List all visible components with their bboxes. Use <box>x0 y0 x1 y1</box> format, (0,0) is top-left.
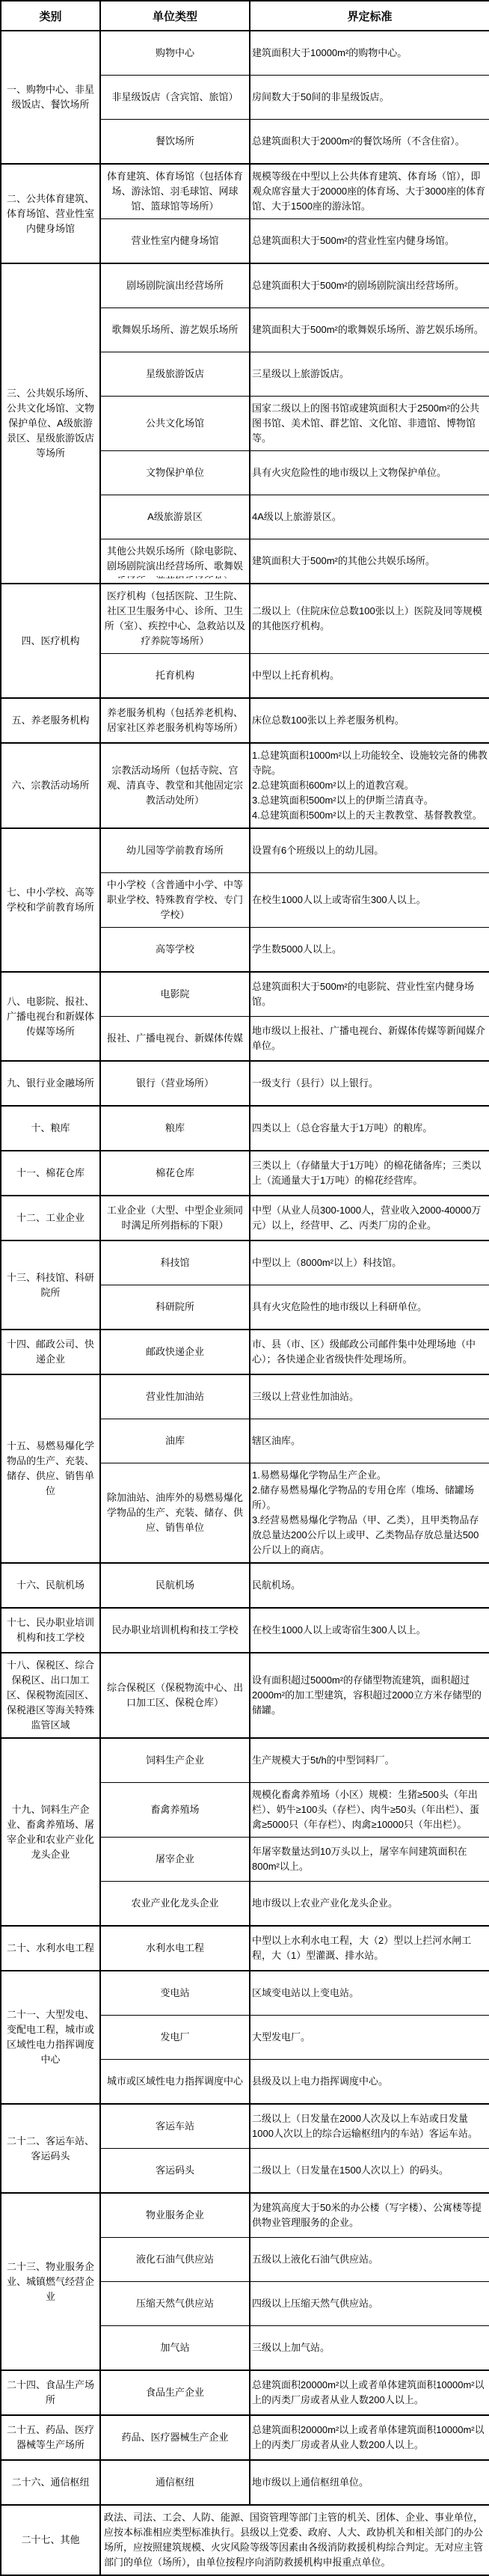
header-criteria: 界定标准 <box>250 1 489 31</box>
unit-type-cell: 中小学校（含普通中小学、中等职业学校、特殊教育学校、专门学校） <box>100 873 250 928</box>
unit-type-text: 发电厂 <box>103 2030 247 2045</box>
unit-type-cell: 高等学校 <box>100 928 250 973</box>
unit-type-text: 变电站 <box>103 1986 247 2001</box>
criteria-text: 二级以上（日发量在1500人次以上）的码头。 <box>250 2149 489 2194</box>
criteria-text: 在校生1000人以上或寄宿生300人以上。 <box>250 873 489 928</box>
unit-type-text: 物业服务企业 <box>103 2208 247 2223</box>
category-label: 一、购物中心、非星级饭店、餐饮场所 <box>1 31 100 164</box>
criteria-text: 在校生1000人以上或寄宿生300人以上。 <box>250 1608 489 1653</box>
category-label: 二十三、物业服务企业、城镇燃气经营企业 <box>1 2193 100 2370</box>
unit-type-text: 油库 <box>103 1434 247 1448</box>
unit-type-cell: 歌舞娱乐场所、游艺娱乐场所 <box>100 308 250 352</box>
unit-type-cell: 民航机场 <box>100 1563 250 1608</box>
unit-type-cell: 城市或区域性电力指挥调度中心 <box>100 2060 250 2105</box>
unit-type-text: 通信枢纽 <box>103 2475 247 2490</box>
category-label: 二十七、其他 <box>1 2505 100 2575</box>
unit-type-cell: 粮库 <box>100 1106 250 1151</box>
unit-type-cell: 非星级饭店（含宾馆、旅馆） <box>100 76 250 120</box>
unit-type-text: 非星级饭店（含宾馆、旅馆） <box>103 90 247 105</box>
table-row: 十四、邮政公司、快递企业邮政快递企业市、县（市、区）级邮政公司邮件集中处理场地（… <box>1 1330 489 1374</box>
unit-type-cell: 农业产业化龙头企业 <box>100 1882 250 1927</box>
unit-type-text: 液化石油气供应站 <box>103 2252 247 2267</box>
category-label: 七、中小学校、高等学校和学前教育场所 <box>1 828 100 972</box>
unit-type-text: 客运码头 <box>103 2163 247 2178</box>
category-label: 二十四、食品生产场所 <box>1 2370 100 2415</box>
unit-type-text: 药品、医疗器械生产企业 <box>103 2430 247 2445</box>
criteria-text: 县级及以上电力指挥调度中心。 <box>250 2060 489 2105</box>
table-row: 二十四、食品生产场所食品生产企业总建筑面积20000m²以上或者单体建筑面积10… <box>1 2370 489 2415</box>
unit-type-cell: 棉花仓库 <box>100 1151 250 1196</box>
unit-type-cell: 发电厂 <box>100 2016 250 2060</box>
criteria-text: 年屠宰数量达到10万头以上，屠宰车间建筑面积在800m²以上。 <box>250 1838 489 1882</box>
criteria-text: 1.总建筑面积1000m²以上功能较全、设施较完备的佛教寺院。 2.总建筑面积6… <box>250 743 489 828</box>
unit-type-cell: 压缩天然气供应站 <box>100 2282 250 2326</box>
criteria-text: 规模等级在中型以上公共体育建筑、体育场（馆），即观众席容量大于20000座的体育… <box>250 164 489 219</box>
criteria-text: 四级以上压缩天然气供应站。 <box>250 2282 489 2326</box>
criteria-text: 总建筑面积大于500m²的电影院、营业性室内健身场馆。 <box>250 972 489 1017</box>
criteria-text: 地市级以上通信枢纽单位。 <box>250 2460 489 2505</box>
unit-type-text: 食品生产企业 <box>103 2385 247 2400</box>
table-row: 二十一、大型发电、变配电工程，城市或区域性电力指挥调度中心变电站区域变电站以上变… <box>1 1971 489 2016</box>
criteria-text: 一级支行（县行）以上银行。 <box>250 1061 489 1106</box>
category-label: 二、公共体育建筑、体育场馆、营业性室内健身场馆 <box>1 164 100 263</box>
criteria-text: 地市级以上农业产业化龙头企业。 <box>250 1882 489 1927</box>
criteria-text: 学生数5000人以上。 <box>250 928 489 973</box>
table-row: 二十七、其他政法、司法、工会、人防、能源、国资管理等部门主管的机关、团体、企业、… <box>1 2505 489 2575</box>
unit-type-cell: 药品、医疗器械生产企业 <box>100 2415 250 2460</box>
table-row: 十六、民航机场民航机场民航机场。 <box>1 1563 489 1608</box>
table-row: 二十六、通信枢纽通信枢纽地市级以上通信枢纽单位。 <box>1 2460 489 2505</box>
unit-type-cell: 饲料生产企业 <box>100 1738 250 1783</box>
table-row: 六、宗教活动场所宗教活动场所（包括寺院、宫观、清真寺、教堂和其他固定宗教活动处所… <box>1 743 489 828</box>
unit-type-cell: 变电站 <box>100 1971 250 2016</box>
unit-type-cell: 物业服务企业 <box>100 2193 250 2238</box>
category-label: 十六、民航机场 <box>1 1563 100 1608</box>
unit-type-cell: 畜禽养殖场 <box>100 1783 250 1838</box>
unit-type-text: 星级旅游饭店 <box>103 367 247 382</box>
unit-type-text: 营业性加油站 <box>103 1389 247 1404</box>
unit-type-text: 畜禽养殖场 <box>103 1802 247 1817</box>
unit-type-text: 餐饮场所 <box>103 134 247 149</box>
unit-type-cell: 营业性室内健身场馆 <box>100 219 250 264</box>
criteria-text: 区域变电站以上变电站。 <box>250 1971 489 2016</box>
unit-type-cell: 加气站 <box>100 2326 250 2371</box>
unit-type-text: 公共文化场馆 <box>103 416 247 431</box>
category-label: 二十二、客运车站、客运码头 <box>1 2104 100 2193</box>
unit-type-text: 除加油站、油库外的易燃易爆化学物品的生产、充装、储存、供应、销售单位 <box>103 1490 247 1535</box>
category-label: 六、宗教活动场所 <box>1 743 100 828</box>
unit-type-cell: 养老服务机构（包括养老机构、居家社区养老服务机构等场所） <box>100 698 250 743</box>
unit-type-text: 棉花仓库 <box>103 1166 247 1181</box>
unit-type-text: 压缩天然气供应站 <box>103 2296 247 2311</box>
table-row: 二、公共体育建筑、体育场馆、营业性室内健身场馆体育建筑、体育场馆（包括体育场、游… <box>1 164 489 219</box>
unit-type-cell: 宗教活动场所（包括寺院、宫观、清真寺、教堂和其他固定宗教活动处所） <box>100 743 250 828</box>
unit-type-cell: 液化石油气供应站 <box>100 2238 250 2282</box>
category-label: 十、粮库 <box>1 1106 100 1151</box>
unit-type-cell: 通信枢纽 <box>100 2460 250 2505</box>
table-row: 二十五、药品、医疗器械等生产场所药品、医疗器械生产企业总建筑面积20000m²以… <box>1 2415 489 2460</box>
unit-type-text: 银行（营业场所） <box>103 1076 247 1091</box>
unit-type-text: 幼儿园等学前教育场所 <box>103 843 247 858</box>
criteria-text: 地市级以上报社、广播电视台、新媒体传媒等新闻媒介单位。 <box>250 1017 489 1062</box>
table-row: 十一、棉花仓库棉花仓库三类以上（存储量大于1万吨）的棉花储备库；三类以上（流通量… <box>1 1151 489 1196</box>
table-row: 十五、易燃易爆化学物品的生产、充装、储存、供应、销售单位营业性加油站三级以上营业… <box>1 1374 489 1419</box>
unit-type-text: 粮库 <box>103 1121 247 1136</box>
unit-type-cell: 综合保税区（保税物流中心、出口加工区、保税仓库） <box>100 1653 250 1738</box>
unit-type-cell: 报社、广播电视台、新媒体传媒 <box>100 1017 250 1062</box>
unit-type-cell: 托育机构 <box>100 654 250 699</box>
criteria-text: 五级以上液化石油气供应站。 <box>250 2238 489 2282</box>
category-label: 二十六、通信枢纽 <box>1 2460 100 2505</box>
unit-type-text: 邮政快递企业 <box>103 1344 247 1359</box>
category-label: 十三、科技馆、科研院所 <box>1 1240 100 1330</box>
criteria-text: 中型（从业人员300-1000人，营业收入2000-40000万元）以上，经营甲… <box>250 1196 489 1240</box>
unit-type-text: 民办职业培训机构和技工学校 <box>103 1623 247 1638</box>
criteria-text: 总建筑面积20000m²以上或者单体建筑面积10000m²以上的丙类厂房或者从业… <box>250 2415 489 2460</box>
unit-type-text: 文物保护单位 <box>103 465 247 480</box>
unit-type-text: 医疗机构（包括医院、卫生院、社区卫生服务中心、诊所、卫生所（室）、疾控中心、急救… <box>103 589 247 649</box>
criteria-text: 规模化畜禽养殖场（小区）规模：生猪≥500头（年出栏）、奶牛≥100头（存栏）、… <box>250 1783 489 1838</box>
criteria-text: 二级以上（住院床位总数100张以上）医院及同等规模的其他医疗机构。 <box>250 584 489 654</box>
unit-type-text: 宗教活动场所（包括寺院、宫观、清真寺、教堂和其他固定宗教活动处所） <box>103 763 247 808</box>
table-row: 十七、民办职业培训机构和技工学校民办职业培训机构和技工学校在校生1000人以上或… <box>1 1608 489 1653</box>
unit-type-text: 屠宰企业 <box>103 1852 247 1867</box>
unit-type-cell: 工业企业（大型、中型企业须同时满足所列指标的下限） <box>100 1196 250 1240</box>
table-row: 十二、工业企业工业企业（大型、中型企业须同时满足所列指标的下限）中型（从业人员3… <box>1 1196 489 1240</box>
criteria-text: 三星级以上旅游饭店。 <box>250 352 489 397</box>
category-label: 十八、保税区、综合保税区、出口加工区、保税物流园区、保税港区等海关特殊监管区域 <box>1 1653 100 1738</box>
unit-type-cell: 客运码头 <box>100 2149 250 2194</box>
category-label: 二十五、药品、医疗器械等生产场所 <box>1 2415 100 2460</box>
unit-type-text: 加气站 <box>103 2340 247 2355</box>
unit-type-cell: 水利水电工程 <box>100 1926 250 1971</box>
criteria-text: 三类以上（存储量大于1万吨）的棉花储备库；三类以上（流通量大于1万吨）的棉花经营… <box>250 1151 489 1196</box>
table-row: 七、中小学校、高等学校和学前教育场所幼儿园等学前教育场所设置有6个班级以上的幼儿… <box>1 828 489 873</box>
criteria-text: 中型以上水利水电工程，大（2）型以上拦河水闸工程，大（1）型灌溉、排水站。 <box>250 1926 489 1971</box>
header-unit-type: 单位类型 <box>100 1 250 31</box>
table-row: 十八、保税区、综合保税区、出口加工区、保税物流园区、保税港区等海关特殊监管区域综… <box>1 1653 489 1738</box>
unit-type-cell: 客运车站 <box>100 2104 250 2149</box>
unit-type-text: 高等学校 <box>103 942 247 957</box>
criteria-text: 建筑面积大于500m²的其他公共娱乐场所。 <box>250 539 489 584</box>
criteria-text: 总建筑面积20000m²以上或者单体建筑面积10000m²以上的丙类厂房或者从业… <box>250 2370 489 2415</box>
criteria-text: 三级以上加气站。 <box>250 2326 489 2371</box>
unit-type-text: 客运车站 <box>103 2119 247 2134</box>
category-label: 十四、邮政公司、快递企业 <box>1 1330 100 1374</box>
unit-type-cell: 星级旅游饭店 <box>100 352 250 397</box>
category-label: 二十、水利水电工程 <box>1 1926 100 1971</box>
unit-type-text: 民航机场 <box>103 1578 247 1593</box>
unit-type-text: 电影院 <box>103 987 247 1002</box>
criteria-text: 建筑面积大于500m²的歌舞娱乐场所、游艺娱乐场所。 <box>250 308 489 352</box>
table-row: 二十、水利水电工程水利水电工程中型以上水利水电工程，大（2）型以上拦河水闸工程，… <box>1 1926 489 1971</box>
criteria-text: 具有火灾危险性的地市级以上文物保护单位。 <box>250 451 489 495</box>
criteria-text: 民航机场。 <box>250 1563 489 1608</box>
unit-type-cell: 油库 <box>100 1419 250 1463</box>
unit-type-cell: 文物保护单位 <box>100 451 250 495</box>
unit-type-text: 科研院所 <box>103 1300 247 1315</box>
header-category: 类别 <box>1 1 100 31</box>
unit-type-cell: 屠宰企业 <box>100 1838 250 1882</box>
criteria-text: 总建筑面积大于500m²的剧场剧院演出经营场所。 <box>250 263 489 308</box>
unit-type-text: 养老服务机构（包括养老机构、居家社区养老服务机构等场所） <box>103 706 247 735</box>
unit-type-text: 营业性室内健身场馆 <box>103 233 247 248</box>
category-label: 五、养老服务机构 <box>1 698 100 743</box>
category-label: 十五、易燃易爆化学物品的生产、充装、储存、供应、销售单位 <box>1 1374 100 1563</box>
unit-type-text: 饲料生产企业 <box>103 1753 247 1768</box>
unit-type-cell: 体育建筑、体育场馆（包括体育场、游泳馆、羽毛球馆、网球馆、篮球馆等场所） <box>100 164 250 219</box>
criteria-text: 三级以上营业性加油站。 <box>250 1374 489 1419</box>
unit-type-cell: 餐饮场所 <box>100 120 250 165</box>
unit-type-cell: 科技馆 <box>100 1240 250 1285</box>
criteria-text: 建筑面积大于10000m²的购物中心。 <box>250 31 489 76</box>
category-label: 二十一、大型发电、变配电工程，城市或区域性电力指挥调度中心 <box>1 1971 100 2104</box>
unit-type-text: 农业产业化龙头企业 <box>103 1896 247 1911</box>
table-row: 二十三、物业服务企业、城镇燃气经营企业物业服务企业为建筑高度大于50米的办公楼（… <box>1 2193 489 2238</box>
criteria-text: 二级以上（日发量在2000人次及以上车站或日发量1000人次以上的综合运输枢纽内… <box>250 2104 489 2149</box>
unit-type-cell: 民办职业培训机构和技工学校 <box>100 1608 250 1653</box>
unit-type-text: 歌舞娱乐场所、游艺娱乐场所 <box>103 322 247 337</box>
category-label: 四、医疗机构 <box>1 584 100 698</box>
category-label: 三、公共娱乐场所、公共文化场馆、文物保护单位、A级旅游景区、星级旅游饭店等场所 <box>1 263 100 584</box>
criteria-text: 中型以上（8000m²以上）科技馆。 <box>250 1240 489 1285</box>
unit-type-cell: 科研院所 <box>100 1285 250 1330</box>
table-row: 九、银行业金融场所银行（营业场所）一级支行（县行）以上银行。 <box>1 1061 489 1106</box>
unit-type-cell: 购物中心 <box>100 31 250 76</box>
unit-type-text: 托育机构 <box>103 668 247 683</box>
criteria-text: 为建筑高度大于50米的办公楼（写字楼）、公寓楼等提供物业管理服务的企业。 <box>250 2193 489 2238</box>
category-label: 十七、民办职业培训机构和技工学校 <box>1 1608 100 1653</box>
unit-type-text: 体育建筑、体育场馆（包括体育场、游泳馆、羽毛球馆、网球馆、篮球馆等场所） <box>103 169 247 214</box>
unit-type-text: 综合保税区（保税物流中心、出口加工区、保税仓库） <box>103 1680 247 1710</box>
category-label: 十二、工业企业 <box>1 1196 100 1240</box>
unit-type-text: 剧场剧院演出经营场所 <box>103 278 247 293</box>
unit-type-cell: 其他公共娱乐场所（除电影院、剧场剧院演出经营场所、歌舞娱乐场所、游艺娱乐场所外） <box>100 539 250 584</box>
unit-type-text: 购物中心 <box>103 46 247 61</box>
table-row: 三、公共娱乐场所、公共文化场馆、文物保护单位、A级旅游景区、星级旅游饭店等场所剧… <box>1 263 489 308</box>
table-row: 十、粮库粮库四类以上（总仓容量大于1万吨）的粮库。 <box>1 1106 489 1151</box>
category-label: 八、电影院、报社、广播电视台和新媒体传媒等场所 <box>1 972 100 1061</box>
criteria-text: 大型发电厂。 <box>250 2016 489 2060</box>
criteria-text: 生产规模大于5t/h的中型饲料厂。 <box>250 1738 489 1783</box>
unit-type-cell: 除加油站、油库外的易燃易爆化学物品的生产、充装、储存、供应、销售单位 <box>100 1463 250 1564</box>
category-label: 十九、饲料生产企业、畜禽养殖场、屠宰企业和农业产业化龙头企业 <box>1 1738 100 1926</box>
unit-type-cell: 营业性加油站 <box>100 1374 250 1419</box>
unit-type-text: 报社、广播电视台、新媒体传媒 <box>103 1031 247 1046</box>
category-label: 九、银行业金融场所 <box>1 1061 100 1106</box>
criteria-text: 设置有6个班级以上的幼儿园。 <box>250 828 489 873</box>
unit-type-cell: 医疗机构（包括医院、卫生院、社区卫生服务中心、诊所、卫生所（室）、疾控中心、急救… <box>100 584 250 654</box>
unit-type-text: A级旅游景区 <box>103 510 247 524</box>
table-row: 十三、科技馆、科研院所科技馆中型以上（8000m²以上）科技馆。 <box>1 1240 489 1285</box>
unit-type-cell: 银行（营业场所） <box>100 1061 250 1106</box>
classification-table: 类别 单位类型 界定标准 一、购物中心、非星级饭店、餐饮场所购物中心建筑面积大于… <box>0 0 489 2576</box>
table-row: 二十二、客运车站、客运码头客运车站二级以上（日发量在2000人次及以上车站或日发… <box>1 2104 489 2149</box>
unit-type-cell: 剧场剧院演出经营场所 <box>100 263 250 308</box>
criteria-text: 市、县（市、区）级邮政公司邮件集中处理场地（中心）；各快递企业省级快件处理场所。 <box>250 1330 489 1374</box>
table-row: 一、购物中心、非星级饭店、餐饮场所购物中心建筑面积大于10000m²的购物中心。 <box>1 31 489 76</box>
criteria-text: 4A级以上旅游景区。 <box>250 495 489 539</box>
unit-type-text: 城市或区域性电力指挥调度中心 <box>103 2074 247 2089</box>
table-row: 四、医疗机构医疗机构（包括医院、卫生院、社区卫生服务中心、诊所、卫生所（室）、疾… <box>1 584 489 654</box>
criteria-text: 床位总数100张以上养老服务机构。 <box>250 698 489 743</box>
unit-type-cell: 电影院 <box>100 972 250 1017</box>
unit-type-cell: 公共文化场馆 <box>100 397 250 451</box>
unit-type-text: 中小学校（含普通中小学、中等职业学校、特殊教育学校、专门学校） <box>103 878 247 923</box>
header-row: 类别 单位类型 界定标准 <box>1 1 489 31</box>
unit-type-cell: 幼儿园等学前教育场所 <box>100 828 250 873</box>
unit-type-cell: 食品生产企业 <box>100 2370 250 2415</box>
table-row: 五、养老服务机构养老服务机构（包括养老机构、居家社区养老服务机构等场所）床位总数… <box>1 698 489 743</box>
criteria-text: 辖区油库。 <box>250 1419 489 1463</box>
criteria-text: 总建筑面积大于2000m²的餐饮场所（不含住宿）。 <box>250 120 489 165</box>
unit-type-text: 其他公共娱乐场所（除电影院、剧场剧院演出经营场所、歌舞娱乐场所、游艺娱乐场所外） <box>103 544 247 578</box>
unit-type-cell: A级旅游景区 <box>100 495 250 539</box>
table-row: 八、电影院、报社、广播电视台和新媒体传媒等场所电影院总建筑面积大于500m²的电… <box>1 972 489 1017</box>
criteria-text: 国家二级以上的图书馆或建筑面积大于2500m²的公共图书馆、美术馆、群艺馆、文化… <box>250 397 489 451</box>
merged-criteria-text: 政法、司法、工会、人防、能源、国资管理等部门主管的机关、团体、企业、事业单位，应… <box>100 2505 489 2575</box>
criteria-text: 四类以上（总仓容量大于1万吨）的粮库。 <box>250 1106 489 1151</box>
criteria-text: 房间数大于50间的非星级饭店。 <box>250 76 489 120</box>
unit-type-text: 科技馆 <box>103 1255 247 1270</box>
unit-type-text: 水利水电工程 <box>103 1941 247 1956</box>
table-row: 十九、饲料生产企业、畜禽养殖场、屠宰企业和农业产业化龙头企业饲料生产企业生产规模… <box>1 1738 489 1783</box>
criteria-text: 1.易燃易爆化学物品生产企业。 2.储存易燃易爆化学物品的专用仓库（堆场、储罐场… <box>250 1463 489 1564</box>
unit-type-text: 工业企业（大型、中型企业须同时满足所列指标的下限） <box>103 1203 247 1233</box>
category-label: 十一、棉花仓库 <box>1 1151 100 1196</box>
criteria-text: 具有火灾危险性的地市级以上科研单位。 <box>250 1285 489 1330</box>
criteria-text: 总建筑面积大于500m²的营业性室内健身场馆。 <box>250 219 489 264</box>
criteria-text: 中型以上托育机构。 <box>250 654 489 699</box>
criteria-text: 设有面积超过5000m²的存储型物流建筑，面积超过2000m²的加工型建筑，容积… <box>250 1653 489 1738</box>
unit-type-cell: 邮政快递企业 <box>100 1330 250 1374</box>
